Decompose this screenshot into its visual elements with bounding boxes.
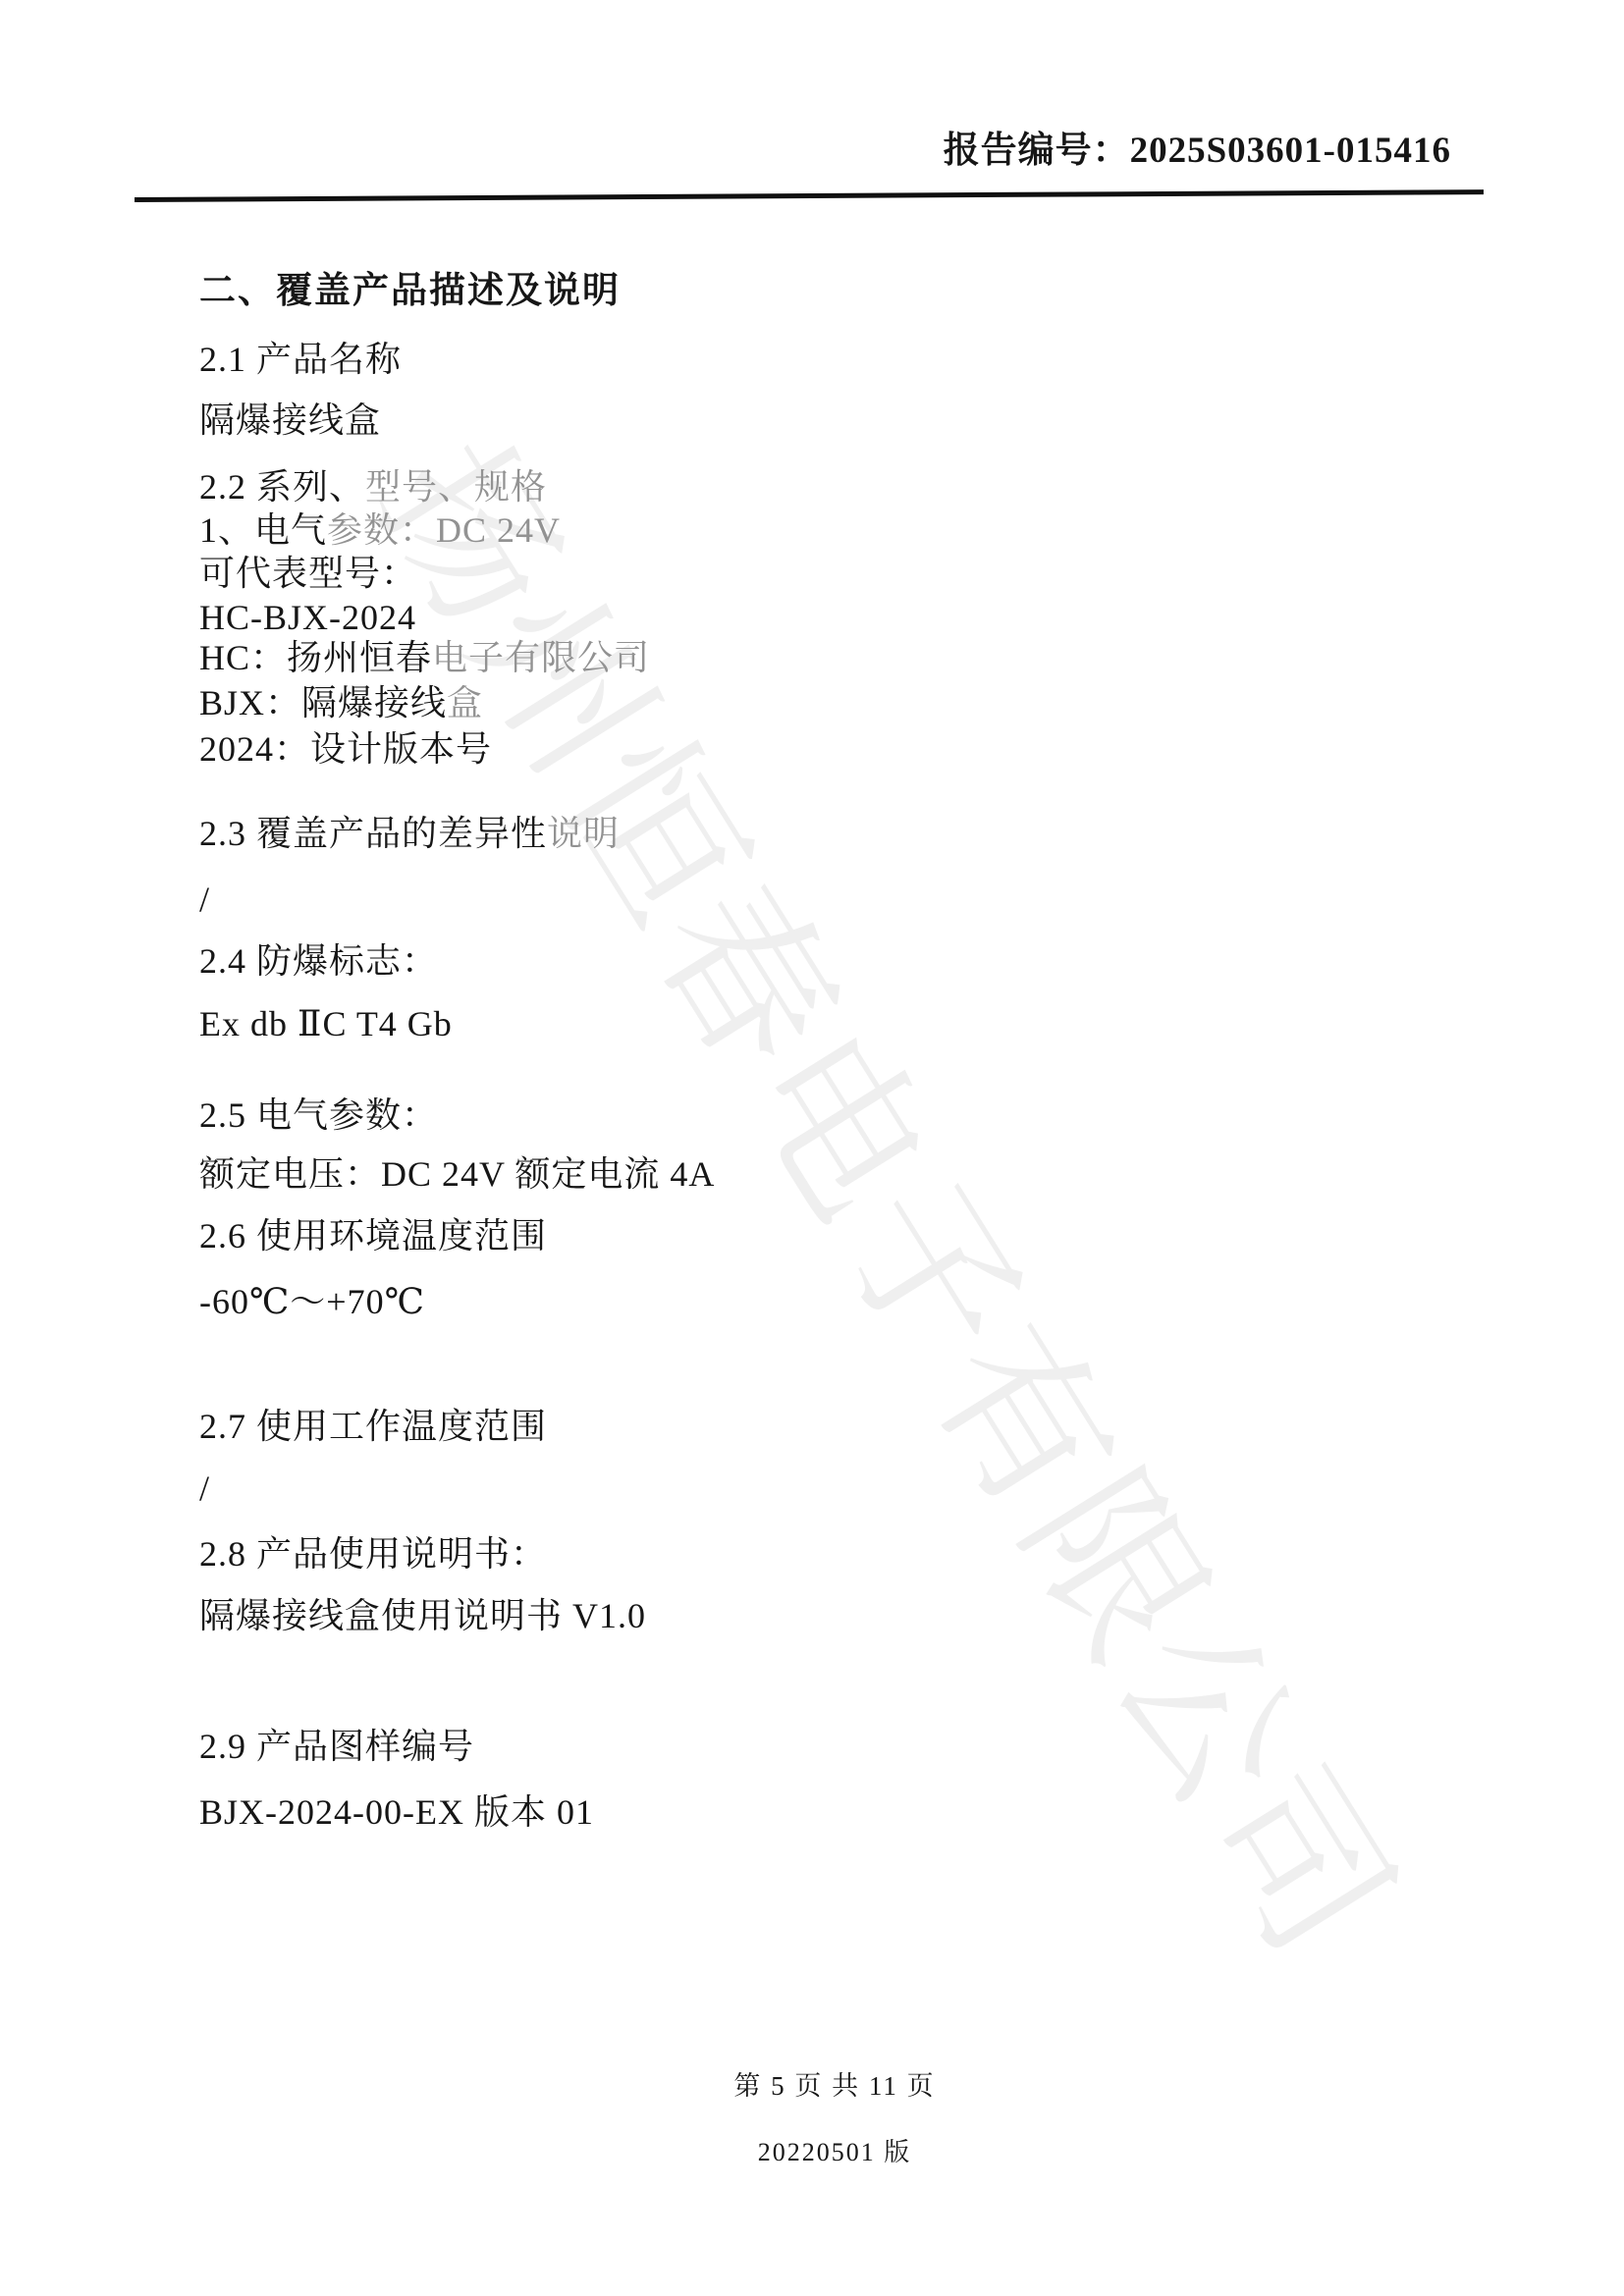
text-segment: 型号、规格	[365, 467, 547, 507]
text-segment: 隔爆接线盒	[199, 400, 381, 440]
body-line: HC-BJX-2024	[199, 600, 416, 635]
text-segment: 参数：DC 24V	[327, 510, 561, 550]
section-title: 二、覆盖产品描述及说明	[199, 273, 621, 309]
text-segment: 2.8 产品使用说明书：	[199, 1534, 547, 1574]
body-line: 2024：设计版本号	[199, 731, 492, 767]
body-line: 隔爆接线盒	[199, 402, 381, 438]
body-line: Ex db ⅡC T4 Gb	[199, 1006, 453, 1041]
text-segment: 1、电气	[199, 510, 327, 550]
body-line: /	[199, 881, 210, 917]
body-line: -60℃～+70℃	[199, 1284, 425, 1319]
report-number: 报告编号：2025S03601-015416	[944, 132, 1451, 172]
body-line: 2.7 使用工作温度范围	[199, 1409, 547, 1444]
body-line: 2.1 产品名称	[199, 342, 402, 377]
body-line: 2.8 产品使用说明书：	[199, 1536, 547, 1572]
text-segment: 2.3 覆盖产品的差异性	[199, 814, 547, 853]
body-line: 2.6 使用环境温度范围	[199, 1218, 547, 1254]
text-segment: Ex db ⅡC T4 Gb	[199, 1004, 453, 1043]
text-segment: -60℃～+70℃	[199, 1282, 425, 1321]
text-segment: HC-BJX-2024	[199, 598, 416, 637]
body-line: 可代表型号：	[199, 556, 417, 591]
text-segment: 2.9 产品图样编号	[199, 1727, 474, 1766]
text-segment: BJX-2024-00-EX 版本 01	[199, 1792, 594, 1832]
text-segment: 可代表型号：	[199, 554, 417, 593]
text-segment: 2.6 使用环境温度范围	[199, 1216, 547, 1255]
text-segment: 说明	[547, 814, 620, 853]
text-segment: 隔爆接线盒使用说明书 V1.0	[199, 1596, 646, 1635]
body-line: BJX-2024-00-EX 版本 01	[199, 1794, 594, 1830]
text-segment: /	[199, 880, 210, 919]
text-segment: BJX：隔爆接线	[199, 683, 447, 722]
body-line: /	[199, 1470, 210, 1506]
text-segment: 2.2 系列、	[199, 467, 365, 507]
text-segment: HC：扬州恒春	[199, 638, 432, 677]
body-line: 1、电气参数：DC 24V	[199, 512, 561, 548]
page-indicator: 第 5 页 共 11 页	[23, 2073, 1624, 2100]
text-segment: 2.7 使用工作温度范围	[199, 1407, 547, 1446]
text-segment: 盒	[447, 683, 483, 722]
body-line: 2.3 覆盖产品的差异性说明	[199, 816, 620, 851]
text-segment: 2.1 产品名称	[199, 340, 402, 379]
text-segment: 2.5 电气参数：	[199, 1095, 438, 1135]
body-line: 2.5 电气参数：	[199, 1097, 438, 1133]
version-label: 20220501 版	[23, 2140, 1624, 2165]
body-line: 2.9 产品图样编号	[199, 1729, 474, 1764]
body-line: 额定电压：DC 24V 额定电流 4A	[199, 1156, 715, 1192]
body-line: BJX：隔爆接线盒	[199, 685, 483, 721]
text-segment: 电子有限公司	[432, 638, 650, 677]
text-segment: /	[199, 1468, 210, 1508]
report-page: 扬州恒春电子有限公司 报告编号：2025S03601-015416 二、覆盖产品…	[0, 0, 1624, 2296]
text-segment: 2.4 防爆标志：	[199, 941, 438, 981]
text-segment: 2024：设计版本号	[199, 729, 492, 769]
header-rule	[135, 189, 1484, 202]
body-line: HC：扬州恒春电子有限公司	[199, 640, 650, 675]
body-line: 2.4 防爆标志：	[199, 943, 438, 979]
text-segment: 额定电压：DC 24V 额定电流 4A	[199, 1154, 715, 1194]
body-line: 隔爆接线盒使用说明书 V1.0	[199, 1598, 646, 1633]
body-line: 2.2 系列、型号、规格	[199, 469, 547, 505]
